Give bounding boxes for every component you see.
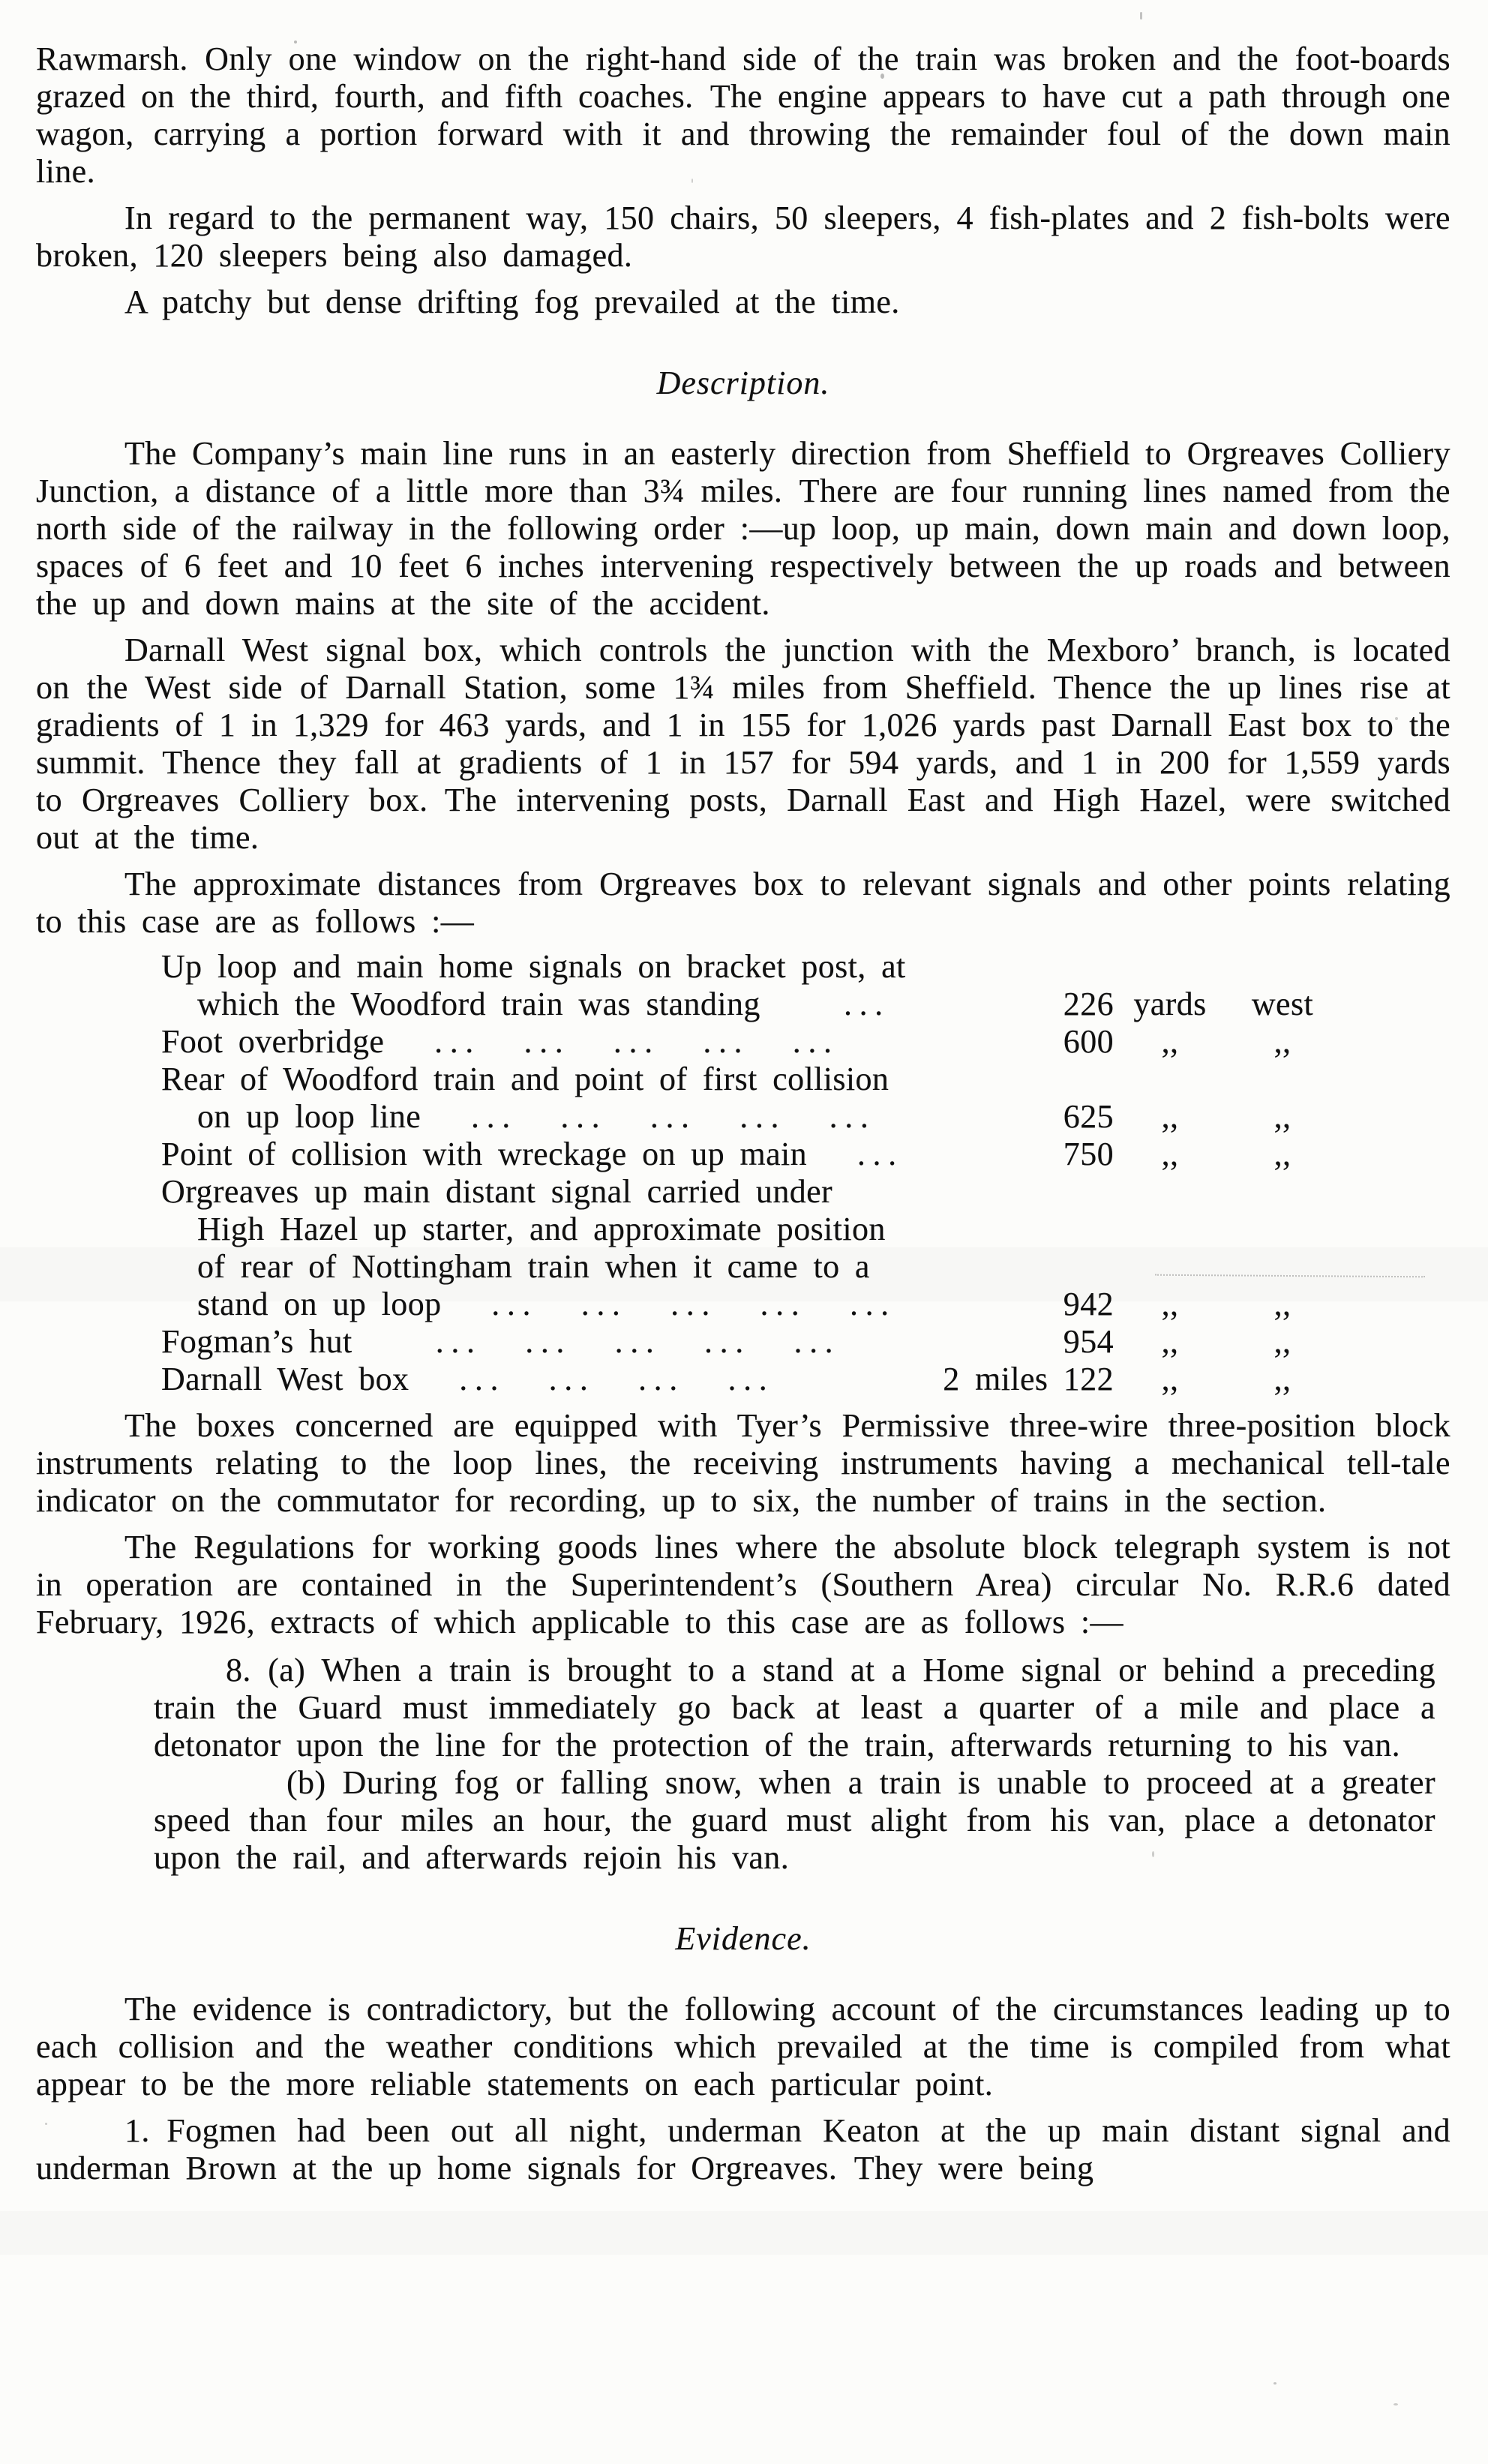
paragraph-darnall-west: Darnall West signal box, which controls …	[36, 632, 1450, 857]
description-heading: Description.	[36, 365, 1450, 402]
table-row-label: Orgreaves up main distant signal carried…	[161, 1173, 926, 1323]
distance-table: Up loop and main home signals on bracket…	[161, 948, 1450, 1398]
table-label-line: Darnall West box . . . . . . . . . . . .	[161, 1361, 926, 1398]
regulation-extracts: 8. (a) When a train is brought to a stan…	[154, 1652, 1435, 1877]
table-distance-value: 625	[926, 1098, 1114, 1136]
table-unit: west	[1226, 986, 1339, 1023]
table-ditto-mark: ,,	[1114, 1323, 1226, 1361]
scan-speck	[1152, 1851, 1154, 1857]
paragraph-evidence-intro: The evidence is contradictory, but the f…	[36, 1991, 1450, 2103]
scan-shade-band	[0, 2211, 1488, 2255]
table-label-line: High Hazel up starter, and approximate p…	[161, 1211, 926, 1248]
scan-speck	[294, 41, 297, 44]
table-ditto-mark: ,,	[1226, 1098, 1339, 1136]
evidence-heading: Evidence.	[36, 1920, 1450, 1958]
table-ditto-mark: ,,	[1114, 1361, 1226, 1398]
table-row: Darnall West box . . . . . . . . . . . .…	[161, 1361, 1450, 1398]
table-distance-value: 750	[926, 1136, 1114, 1173]
table-row-label: Rear of Woodford train and point of firs…	[161, 1061, 926, 1136]
paragraph-accident-damage: Rawmarsh. Only one window on the right-h…	[36, 41, 1450, 191]
report-text-block: Rawmarsh. Only one window on the right-h…	[0, 0, 1488, 2187]
paragraph-fog: A patchy but dense drifting fog prevaile…	[36, 284, 1450, 321]
table-distance-value: 954	[926, 1323, 1114, 1361]
regulation-8b: (b) During fog or falling snow, when a t…	[154, 1764, 1435, 1877]
scan-speck	[691, 179, 693, 183]
table-label-line: Fogman’s hut . . . . . . . . . . . . . .…	[161, 1323, 926, 1361]
table-label-line: stand on up loop . . . . . . . . . . . .…	[161, 1286, 926, 1323]
table-row-label: Darnall West box . . . . . . . . . . . .	[161, 1361, 926, 1398]
table-ditto-mark: ,,	[1114, 1286, 1226, 1323]
table-row: Point of collision with wreckage on up m…	[161, 1136, 1450, 1173]
table-ditto-mark: ,,	[1226, 1323, 1339, 1361]
table-row: Foot overbridge . . . . . . . . . . . . …	[161, 1023, 1450, 1061]
table-row: Orgreaves up main distant signal carried…	[161, 1173, 1450, 1323]
paragraph-distances-intro: The approximate distances from Orgreaves…	[36, 866, 1450, 941]
table-label-line: which the Woodford train was standing . …	[161, 986, 926, 1023]
table-label-line: Orgreaves up main distant signal carried…	[161, 1173, 926, 1211]
table-distance-value: 600	[926, 1023, 1114, 1061]
scan-speck	[880, 74, 884, 79]
paragraph-regulations-intro: The Regulations for working goods lines …	[36, 1529, 1450, 1641]
table-row: Fogman’s hut . . . . . . . . . . . . . .…	[161, 1323, 1450, 1361]
scan-speck	[1395, 717, 1398, 720]
table-ditto-mark: ,,	[1114, 1023, 1226, 1061]
scan-speck	[1140, 12, 1142, 20]
table-ditto-mark: ,,	[1114, 1098, 1226, 1136]
table-ditto-mark: ,,	[1226, 1361, 1339, 1398]
table-row-label: Up loop and main home signals on bracket…	[161, 948, 926, 1023]
paragraph-fogmen: 1. Fogmen had been out all night, underm…	[36, 2112, 1450, 2187]
table-label-line: Up loop and main home signals on bracket…	[161, 948, 926, 986]
table-ditto-mark: ,,	[1226, 1136, 1339, 1173]
regulation-8a: 8. (a) When a train is brought to a stan…	[154, 1652, 1435, 1764]
scanned-report-page: Rawmarsh. Only one window on the right-h…	[0, 0, 1488, 2464]
table-label-line: Foot overbridge . . . . . . . . . . . . …	[161, 1023, 926, 1061]
table-label-line: on up loop line . . . . . . . . . . . . …	[161, 1098, 926, 1136]
table-row: Rear of Woodford train and point of firs…	[161, 1061, 1450, 1136]
table-ditto-mark: ,,	[1114, 1136, 1226, 1173]
table-row-label: Fogman’s hut . . . . . . . . . . . . . .…	[161, 1323, 926, 1361]
scan-speck	[1273, 2382, 1276, 2384]
table-ditto-mark: ,,	[1226, 1023, 1339, 1061]
table-row-label: Point of collision with wreckage on up m…	[161, 1136, 926, 1173]
table-label-line: of rear of Nottingham train when it came…	[161, 1248, 926, 1286]
paragraph-main-line: The Company’s main line runs in an easte…	[36, 435, 1450, 623]
table-label-line: Point of collision with wreckage on up m…	[161, 1136, 926, 1173]
table-label-line: Rear of Woodford train and point of firs…	[161, 1061, 926, 1098]
paragraph-permanent-way: In regard to the permanent way, 150 chai…	[36, 200, 1450, 275]
table-distance-value: 226	[926, 986, 1114, 1023]
table-row-label: Foot overbridge . . . . . . . . . . . . …	[161, 1023, 926, 1061]
scan-speck	[1393, 2403, 1398, 2405]
paragraph-block-instruments: The boxes concerned are equipped with Ty…	[36, 1407, 1450, 1520]
table-distance-value: 2 miles 122	[926, 1361, 1114, 1398]
table-distance-value: 942	[926, 1286, 1114, 1323]
table-ditto-mark: ,,	[1226, 1286, 1339, 1323]
scan-speck	[45, 2123, 47, 2125]
table-row: Up loop and main home signals on bracket…	[161, 948, 1450, 1023]
table-unit: yards	[1114, 986, 1226, 1023]
